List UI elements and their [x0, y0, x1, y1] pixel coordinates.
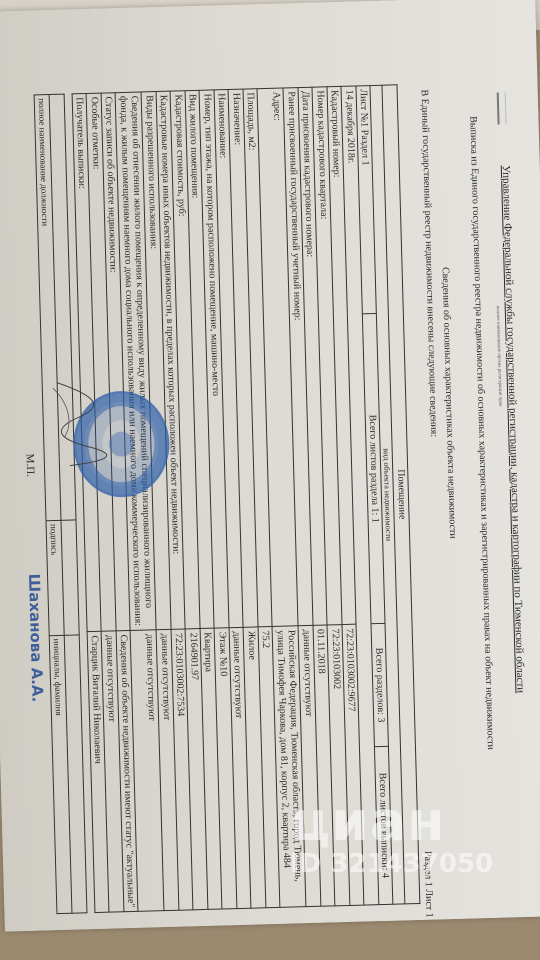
signature-caption: подпись: [46, 520, 64, 635]
cian-watermark: циан ID 321437050: [290, 790, 493, 879]
handwritten-signature-icon: [48, 377, 110, 469]
section-title: Сведения об основных характеристиках объ…: [440, 267, 459, 539]
stamp-label: М.П.: [24, 454, 37, 478]
intro-text: В Единый государственный реестр недвижим…: [419, 89, 440, 437]
characteristics-table: Помещение вид объекта недвижимости Лист …: [71, 84, 420, 913]
listing-id: ID 321437050: [290, 849, 493, 879]
cian-logo: циан: [290, 790, 493, 853]
signer-name-stamp: Шаханова А.А.: [25, 573, 47, 702]
agency-caption: полное наименование органа регистрации п…: [495, 306, 503, 407]
agency-name: Управление Федеральной службы государств…: [500, 165, 527, 693]
extract-title: Выписка из Единого государственного реес…: [467, 116, 496, 750]
